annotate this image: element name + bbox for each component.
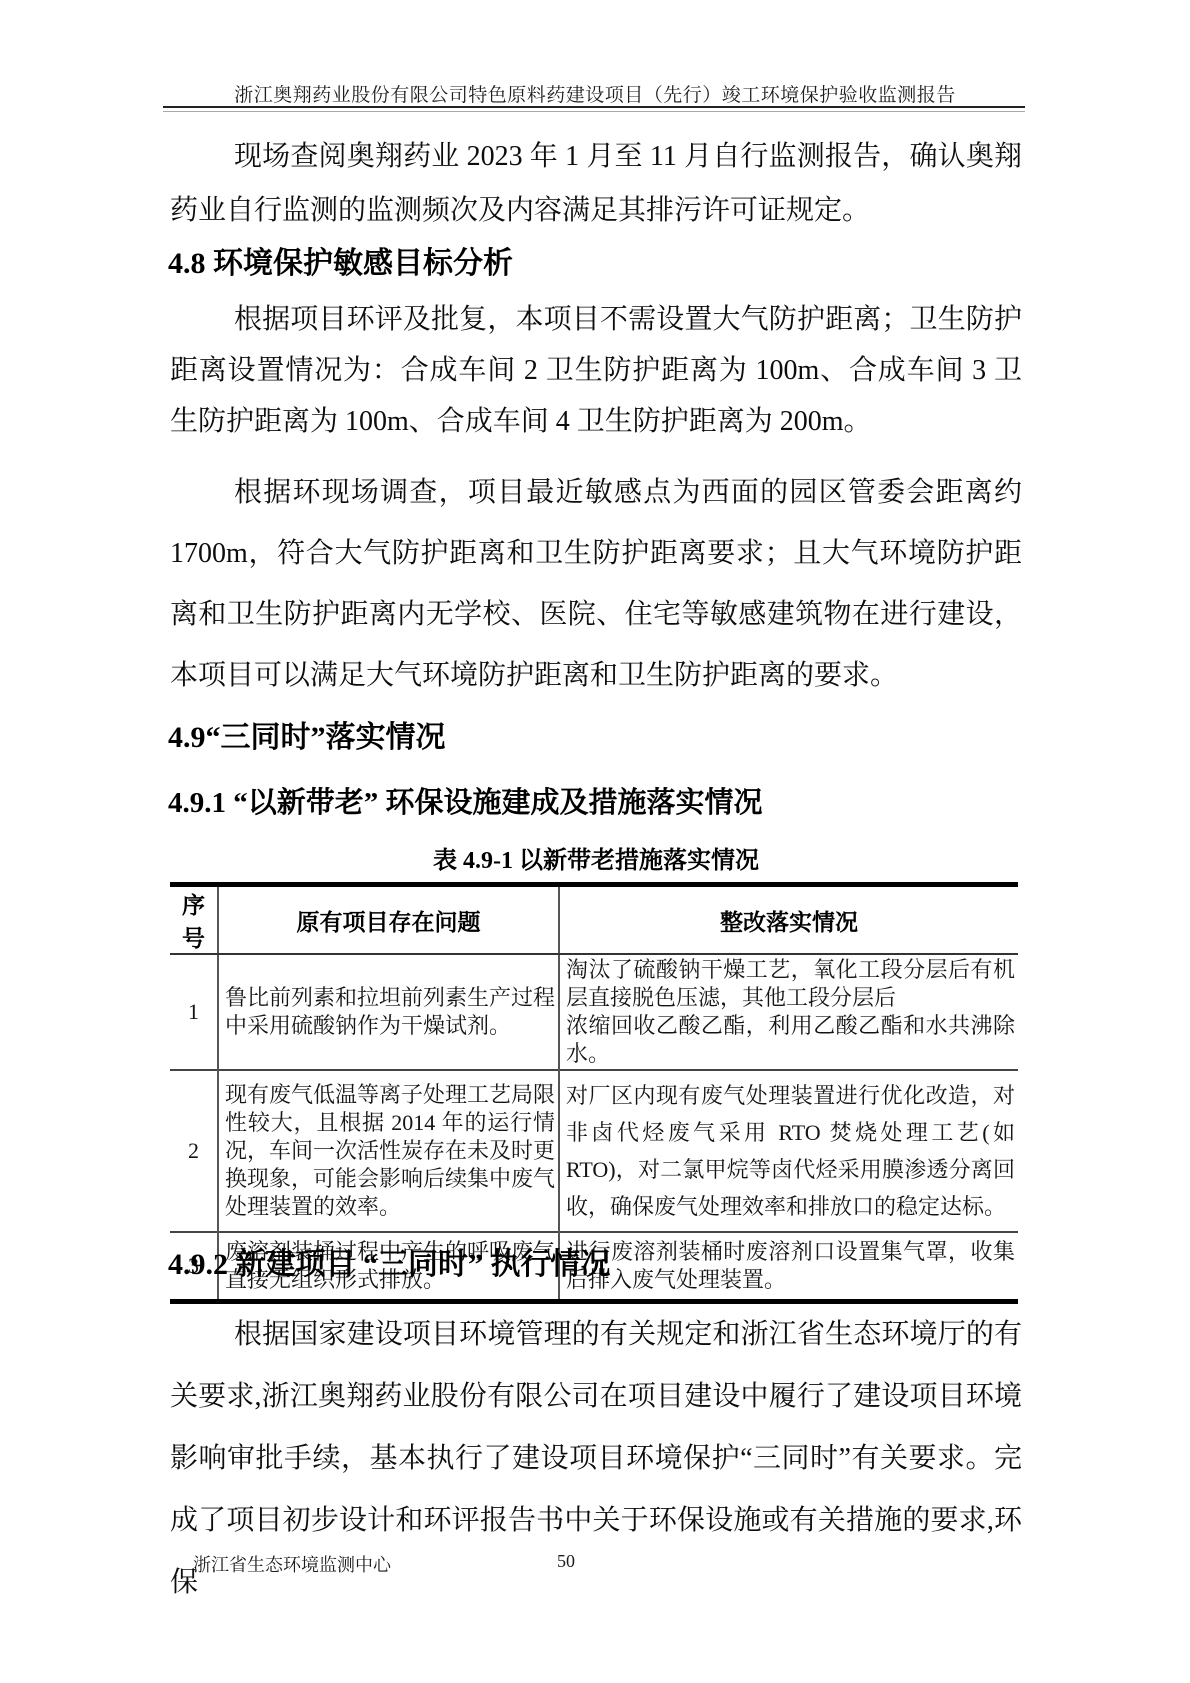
footer-page-number: 50 — [557, 1551, 575, 1572]
col-header-no: 序号 — [170, 885, 218, 955]
heading-4-9: 4.9“三同时”落实情况 — [168, 720, 446, 756]
heading-4-8: 4.8 环境保护敏感目标分析 — [168, 246, 513, 282]
row-action: 对厂区内现有废气处理装置进行优化改造，对非卤代烃废气采用 RTO 焚烧处理工艺(… — [559, 1070, 1018, 1232]
heading-4-9-2: 4.9.2 新建项目 “三同时” 执行情况 — [168, 1247, 611, 1283]
table-row: 2 现有废气低温等离子处理工艺局限性较大，且根据 2014 年的运行情况，车间一… — [170, 1070, 1018, 1232]
row-action: 进行废溶剂装桶时废溶剂口设置集气罩，收集后排入废气处理装置。 — [559, 1232, 1018, 1302]
row-number: 2 — [170, 1070, 218, 1232]
measures-table: 序号 原有项目存在问题 整改落实情况 1 鲁比前列素和拉坦前列素生产过程中采用硫… — [170, 882, 1018, 1304]
row-problem: 现有废气低温等离子处理工艺局限性较大，且根据 2014 年的运行情况，车间一次活… — [218, 1070, 559, 1232]
paragraph-self-monitoring: 现场查阅奥翔药业 2023 年 1 月至 11 月自行监测报告，确认奥翔药业自行… — [170, 130, 1022, 238]
col-header-action: 整改落实情况 — [559, 885, 1018, 955]
row-action: 淘汰了硫酸钠干燥工艺，氧化工段分层后有机层直接脱色压滤，其他工段分层后 浓缩回收… — [559, 954, 1018, 1070]
running-header-title: 浙江奥翔药业股份有限公司特色原料药建设项目（先行）竣工环境保护验收监测报告 — [0, 80, 1190, 107]
col-header-problem: 原有项目存在问题 — [218, 885, 559, 955]
paragraph-sensitive-targets: 根据环现场调查，项目最近敏感点为西面的园区管委会距离约 1700m，符合大气防护… — [170, 462, 1022, 706]
heading-4-9-1: 4.9.1 “以新带老” 环保设施建成及措施落实情况 — [168, 785, 763, 821]
table-caption: 表 4.9-1 以新带老措施落实情况 — [170, 840, 1022, 875]
header-rule — [163, 106, 1025, 112]
paragraph-protection-distance: 根据项目环评及批复，本项目不需设置大气防护距离；卫生防护距离设置情况为：合成车间… — [170, 294, 1022, 447]
table-header-row: 序号 原有项目存在问题 整改落实情况 — [170, 885, 1018, 955]
table-row: 1 鲁比前列素和拉坦前列素生产过程中采用硫酸钠作为干燥试剂。 淘汰了硫酸钠干燥工… — [170, 954, 1018, 1070]
row-number: 1 — [170, 954, 218, 1070]
footer-organization: 浙江省生态环境监测中心 — [193, 1551, 391, 1577]
row-problem: 鲁比前列素和拉坦前列素生产过程中采用硫酸钠作为干燥试剂。 — [218, 954, 559, 1070]
